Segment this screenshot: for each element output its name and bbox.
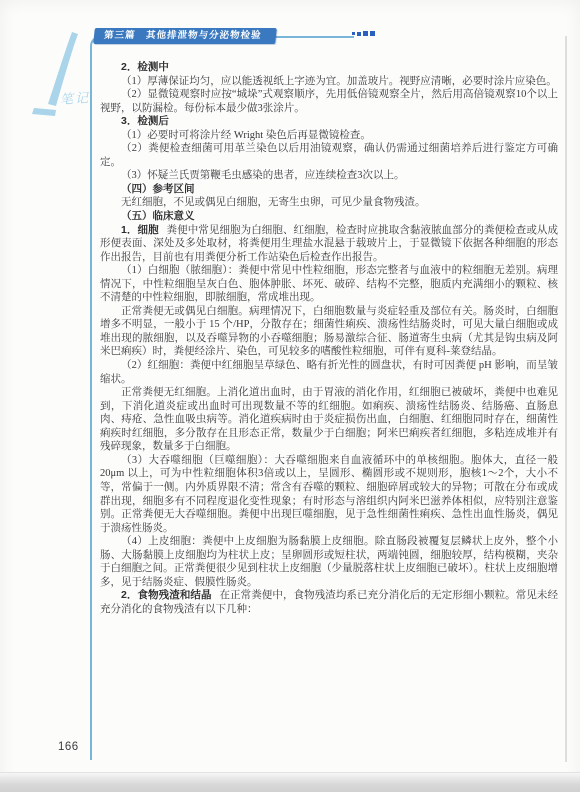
heading-reference-interval: （四）参考区间 xyxy=(100,183,558,197)
dots-ornament-icon xyxy=(352,31,375,36)
paragraph-erythrocytes: （2）红细胞：粪便中红细胞呈草绿色、略有折光性的圆盘状，有时可因粪便 pH 影响… xyxy=(100,359,558,386)
paragraph: （2）显微镜观察时应按“城垛”式观察顺序，先用低倍镜观察全片，然后用高倍镜观察1… xyxy=(100,88,558,115)
heading-clinical-significance: （五）临床意义 xyxy=(100,210,558,224)
heading-after-test: 3．检测后 xyxy=(100,115,558,129)
paragraph-epithelial-cells: （4）上皮细胞：粪便中上皮细胞为肠黏膜上皮细胞。除直肠段被覆复层鳞状上皮外，整个… xyxy=(100,535,558,589)
paragraph-food-residue: 2．食物残渣和结晶在正常粪便中，食物残渣均系已充分消化后的无定形细小颗粒。常见未… xyxy=(100,589,558,616)
paragraph-macrophages: （3）大吞噬细胞（巨噬细胞）：大吞噬细胞来自血液循环中的单核细胞。胞体大，直径一… xyxy=(100,454,558,535)
paragraph: （1）厚薄保证均匀，应以能透视纸上字迹为宜。加盖玻片。视野应清晰，必要时涂片应染… xyxy=(100,75,558,89)
paragraph: （3）怀疑兰氏贾第鞭毛虫感染的患者，应连续检查3次以上。 xyxy=(100,169,558,183)
scan-bottom-band xyxy=(0,772,580,792)
paragraph-cells: 1．细胞粪便中常见细胞为白细胞、红细胞，检查时应挑取含黏液脓血部分的粪便检查或从… xyxy=(100,224,558,265)
paragraph: 正常粪便无或偶见白细胞。病理情况下，白细胞数量与炎症轻重及部位有关。肠炎时，白细… xyxy=(100,305,558,359)
scanned-book-page: 第三篇 其他排泄物与分泌物检验 笔记 2．检测中 （1）厚薄保证均匀，应以能透视… xyxy=(0,0,580,792)
heading-during-test: 2．检测中 xyxy=(100,61,558,75)
body-text: 2．检测中 （1）厚薄保证均匀，应以能透视纸上字迹为宜。加盖玻片。视野应清晰，必… xyxy=(100,61,558,616)
paragraph: （2）粪便检查细菌可用革兰染色以后用油镜观察，确认仍需通过细菌培养后进行鉴定方可… xyxy=(100,142,558,169)
paragraph-leukocytes: （1）白细胞（脓细胞）：粪便中常见中性粒细胞，形态完整者与血液中的粒细胞无差别。… xyxy=(100,264,558,305)
margin-note: 笔记 xyxy=(59,87,90,108)
paragraph: （1）必要时可将涂片经 Wright 染色后再显微镜检查。 xyxy=(100,129,558,143)
paragraph: 无红细胞，不见或偶见白细胞，无寄生虫卵，可见少量食物残渣。 xyxy=(100,196,558,210)
scan-right-edge xyxy=(565,36,567,762)
brush-stroke-icon xyxy=(22,30,92,125)
chapter-tag: 第三篇 其他排泄物与分泌物检验 xyxy=(93,28,276,44)
paragraph: 正常粪便无红细胞。上消化道出血时，由于胃液的消化作用，红细胞已被破坏，粪便中也难… xyxy=(100,386,558,454)
page-number: 166 xyxy=(58,741,79,753)
